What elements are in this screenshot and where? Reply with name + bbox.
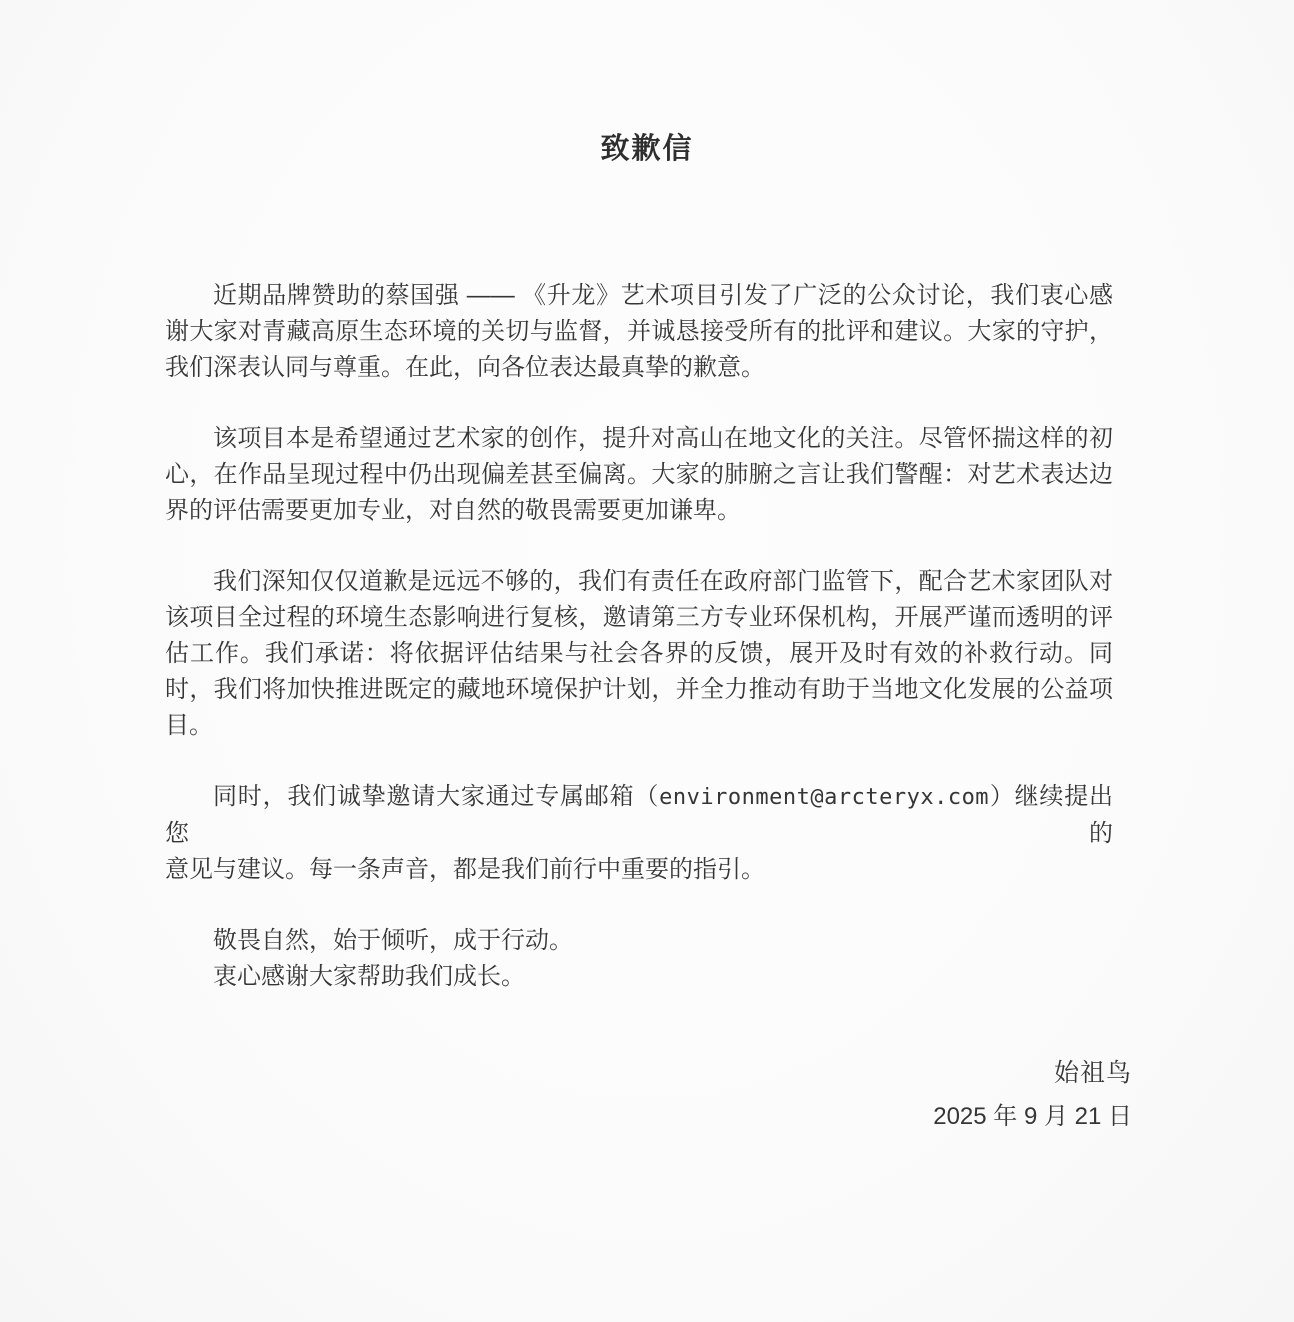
paragraph-4-line-1: 同时，我们诚挚邀请大家通过专属邮箱（environment@arcteryx.c…: [165, 779, 1113, 852]
paragraph-3-line-2: 该项目全过程的环境生态影响进行复核，邀请第三方专业环保机构，开展严谨而透明的评: [165, 600, 1113, 636]
paragraph-2-line-3: 界的评估需要更加专业，对自然的敬畏需要更加谦卑。: [165, 493, 1113, 529]
paragraph-2-line-2: 心，在作品呈现过程中仍出现偏差甚至偏离。大家的肺腑之言让我们警醒：对艺术表达边: [165, 457, 1113, 493]
closing-line-2: 衷心感谢大家帮助我们成长。: [165, 959, 1113, 995]
paragraph-3-line-5: 目。: [165, 708, 1113, 744]
letter-body: 近期品牌赞助的蔡国强 —— 《升龙》艺术项目引发了广泛的公众讨论，我们衷心感 谢…: [165, 278, 1113, 995]
signature-brand-name: 始祖鸟: [933, 1058, 1132, 1088]
paragraph-1-line-3: 我们深表认同与尊重。在此，向各位表达最真挚的歉意。: [165, 350, 1113, 386]
contact-line-pre: 同时，我们诚挚邀请大家通过专属邮箱（: [213, 783, 659, 810]
paragraph-3-line-4: 时，我们将加快推进既定的藏地环境保护计划，并全力推动有助于当地文化发展的公益项: [165, 672, 1113, 708]
paragraph-1-line-1: 近期品牌赞助的蔡国强 —— 《升龙》艺术项目引发了广泛的公众讨论，我们衷心感: [165, 278, 1113, 314]
apology-letter-page: 致歉信 近期品牌赞助的蔡国强 —— 《升龙》艺术项目引发了广泛的公众讨论，我们衷…: [0, 0, 1294, 1322]
paragraph-4-contact: 同时，我们诚挚邀请大家通过专属邮箱（environment@arcteryx.c…: [165, 779, 1113, 888]
paragraph-3-line-1: 我们深知仅仅道歉是远远不够的，我们有责任在政府部门监管下，配合艺术家团队对: [165, 564, 1113, 600]
paragraph-2-line-1: 该项目本是希望通过艺术家的创作，提升对高山在地文化的关注。尽管怀揣这样的初: [165, 421, 1113, 457]
closing-line-1: 敬畏自然，始于倾听，成于行动。: [165, 923, 1113, 959]
contact-email: environment@arcteryx.com: [659, 785, 989, 810]
letter-title: 致歉信: [0, 126, 1294, 167]
paragraph-3: 我们深知仅仅道歉是远远不够的，我们有责任在政府部门监管下，配合艺术家团队对 该项…: [165, 564, 1113, 744]
paragraph-2: 该项目本是希望通过艺术家的创作，提升对高山在地文化的关注。尽管怀揣这样的初 心，…: [165, 421, 1113, 529]
closing-lines: 敬畏自然，始于倾听，成于行动。 衷心感谢大家帮助我们成长。: [165, 923, 1113, 995]
paragraph-1: 近期品牌赞助的蔡国强 —— 《升龙》艺术项目引发了广泛的公众讨论，我们衷心感 谢…: [165, 278, 1113, 386]
signature-block: 始祖鸟 2025 年 9 月 21 日: [933, 1058, 1132, 1132]
paragraph-3-line-3: 估工作。我们承诺：将依据评估结果与社会各界的反馈，展开及时有效的补救行动。同: [165, 636, 1113, 672]
signature-date: 2025 年 9 月 21 日: [933, 1102, 1132, 1132]
paragraph-1-line-2: 谢大家对青藏高原生态环境的关切与监督，并诚恳接受所有的批评和建议。大家的守护，: [165, 314, 1113, 350]
paragraph-4-line-2: 意见与建议。每一条声音，都是我们前行中重要的指引。: [165, 852, 1113, 888]
